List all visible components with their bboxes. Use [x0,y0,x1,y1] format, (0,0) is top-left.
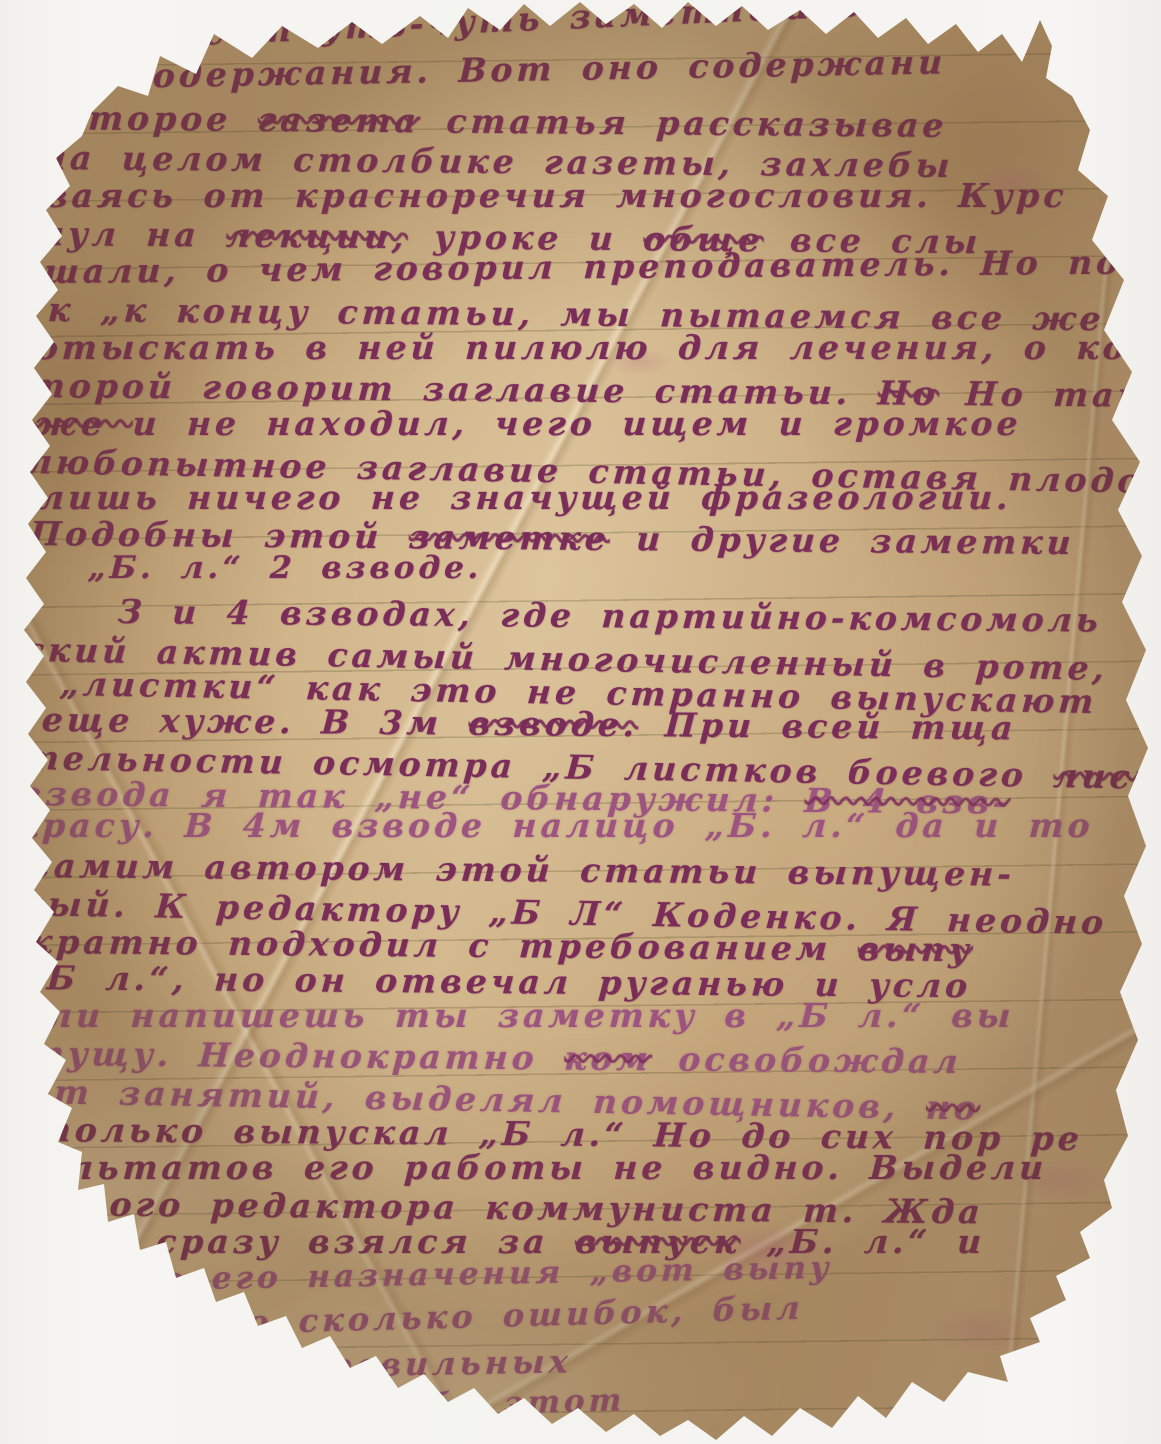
paper-edge-vignette [0,0,1161,1444]
paper-sheet: носит уть-чуть заметный осок содержания.… [0,0,1161,1444]
scan-background: носит уть-чуть заметный осок содержания.… [0,0,1161,1444]
